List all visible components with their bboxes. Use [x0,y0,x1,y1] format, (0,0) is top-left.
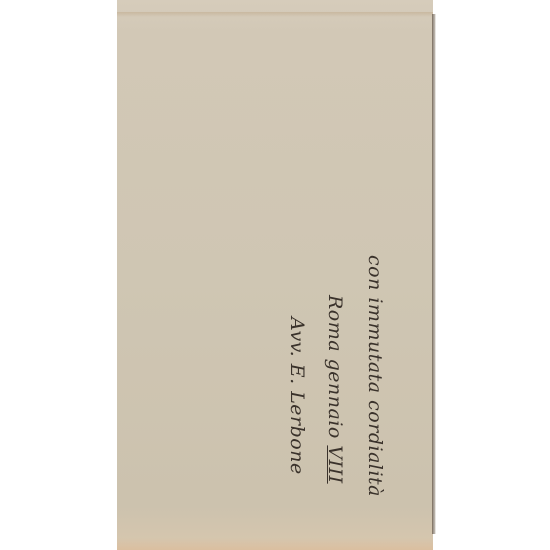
inscription-place-date: Roma gennaio [324,295,346,439]
inscription-line-1: con immutata cordialità [364,255,386,497]
page-top-edge [117,12,433,17]
page-right-shadow [432,14,436,534]
inscription-line-2: Roma gennaio VIII [324,295,346,484]
inscription-year-numeral: VIII [324,445,346,483]
inscription-signature: Avv. E. Lerbone [286,317,308,475]
handwritten-inscription: con immutata cordialità Roma gennaio VII… [268,255,388,535]
page-bottom-edge [117,538,433,550]
